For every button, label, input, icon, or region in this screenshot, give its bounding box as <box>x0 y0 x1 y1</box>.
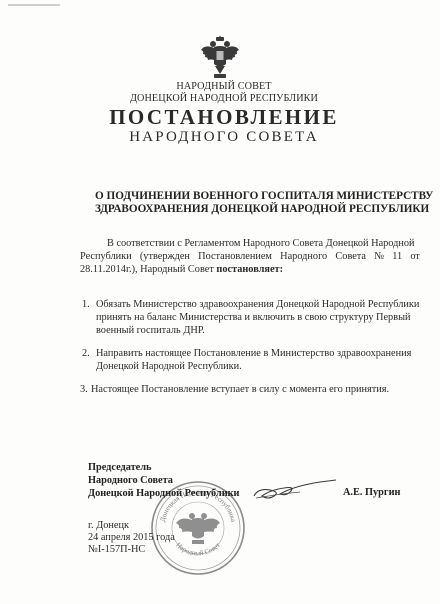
preamble-line-1: В соответствии с Регламентом Народного С… <box>80 237 430 250</box>
handwritten-signature-icon <box>250 476 340 502</box>
signer-name: А.Е. Пургин <box>343 487 400 498</box>
council-name-line2: ДОНЕЦКОЙ НАРОДНОЙ РЕСПУБЛИКИ <box>4 93 440 105</box>
item-number: 2. <box>82 347 90 360</box>
preamble-line-3: 28.11.2014г.), Народный Совет постановля… <box>80 263 430 276</box>
resolution-item: 1. Обязать Министерство здравоохранения … <box>82 298 427 337</box>
preamble-word: 11 <box>392 250 402 263</box>
signer-title-line-2: Народного Совета <box>88 474 240 487</box>
subject-line-1: О ПОДЧИНЕНИИ ВОЕННОГО ГОСПИТАЛЯ МИНИСТЕР… <box>95 190 435 203</box>
preamble-word: (утвержден <box>140 250 190 263</box>
council-name-line1: НАРОДНЫЙ СОВЕТ <box>4 81 440 93</box>
resolution-item: 3. Настоящее Постановление вступает в си… <box>80 383 427 396</box>
item-line: Настоящее Постановление вступает в силу … <box>91 383 427 396</box>
subject-line-2: ЗДРАВООХРАНЕНИЯ ДОНЕЦКОЙ НАРОДНОЙ РЕСПУБ… <box>95 203 435 216</box>
item-line: Направить настоящее Постановление в Мини… <box>96 347 427 360</box>
resolution-item: 2. Направить настоящее Постановление в М… <box>82 347 427 373</box>
document-subject: О ПОДЧИНЕНИИ ВОЕННОГО ГОСПИТАЛЯ МИНИСТЕР… <box>95 190 435 216</box>
dpr-coat-of-arms-icon <box>199 36 241 80</box>
item-number: 1. <box>82 298 90 311</box>
preamble-word: от <box>410 250 420 263</box>
preamble-word: Постановлением <box>198 250 272 263</box>
preamble-word: № <box>374 250 384 263</box>
preamble-word: Народного <box>280 250 327 263</box>
item-line: Донецкой Народной Республики. <box>96 360 427 373</box>
signer-title-line-1: Председатель <box>88 461 240 474</box>
preamble-line-2: Республики (утвержден Постановлением Нар… <box>80 250 420 263</box>
preamble-text: 28.11.2014г.), Народный Совет <box>80 264 216 275</box>
resolution-items: 1. Обязать Министерство здравоохранения … <box>82 298 427 406</box>
preamble-paragraph: В соответствии с Регламентом Народного С… <box>80 237 430 276</box>
document-title: ПОСТАНОВЛЕНИЕ <box>4 105 440 129</box>
place-of-issue: г. Донецк <box>88 520 175 532</box>
scan-artifact <box>8 4 60 6</box>
document-subtitle: НАРОДНОГО СОВЕТА <box>4 128 440 146</box>
signer-title-line-3: Донецкой Народной Республики <box>88 487 240 500</box>
item-number: 3. <box>80 383 88 396</box>
preamble-word: Республики <box>80 250 132 263</box>
document-page: НАРОДНЫЙ СОВЕТ ДОНЕЦКОЙ НАРОДНОЙ РЕСПУБЛ… <box>0 0 440 604</box>
item-line: военный госпиталь ДНР. <box>96 324 427 337</box>
item-line: Обязать Министерство здравоохранения Дон… <box>96 298 427 311</box>
preamble-word: Совета <box>335 250 366 263</box>
issue-date: 24 апреля 2015 года <box>88 532 175 544</box>
resolves-keyword: постановляет: <box>216 264 283 275</box>
signature-block: Председатель Народного Совета Донецкой Н… <box>88 461 240 500</box>
document-number: №I-157П-НС <box>88 544 175 556</box>
item-line: принять на баланс Министерства и включит… <box>96 311 427 324</box>
document-meta: г. Донецк 24 апреля 2015 года №I-157П-НС <box>88 520 175 556</box>
